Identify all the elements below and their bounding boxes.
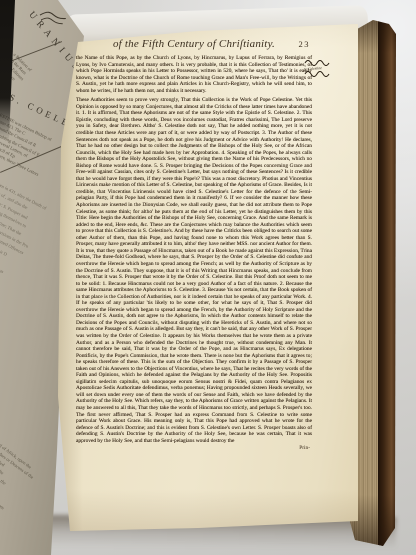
right-page: 23 of the Fifth Century of Chriſtianity.…: [48, 16, 364, 536]
left-text-fragment-bottom: Council of Africk, upon the Ambassadors …: [0, 435, 39, 520]
leather-board-edge: [378, 16, 397, 548]
book-photo: URANIUS NIUS the Presb. a Relation of a …: [0, 0, 416, 555]
paragraph: These Authorities seem to prove very str…: [76, 97, 312, 444]
body-text: the Name of this Pope, as by the Church …: [76, 55, 312, 444]
catchword: Prin-: [76, 445, 312, 451]
paragraph: the Name of this Pope, as by the Church …: [76, 55, 312, 94]
running-header: of the Fifth Century of Chriſtianity.: [76, 38, 312, 50]
page-body: 23 of the Fifth Century of Chriſtianity.…: [76, 38, 312, 451]
left-text-fragment-lower: written in 431, after the Death of Bisho…: [0, 178, 49, 333]
page-number: 23: [299, 39, 311, 49]
margin-annotation: S. Celestine: [304, 58, 340, 78]
